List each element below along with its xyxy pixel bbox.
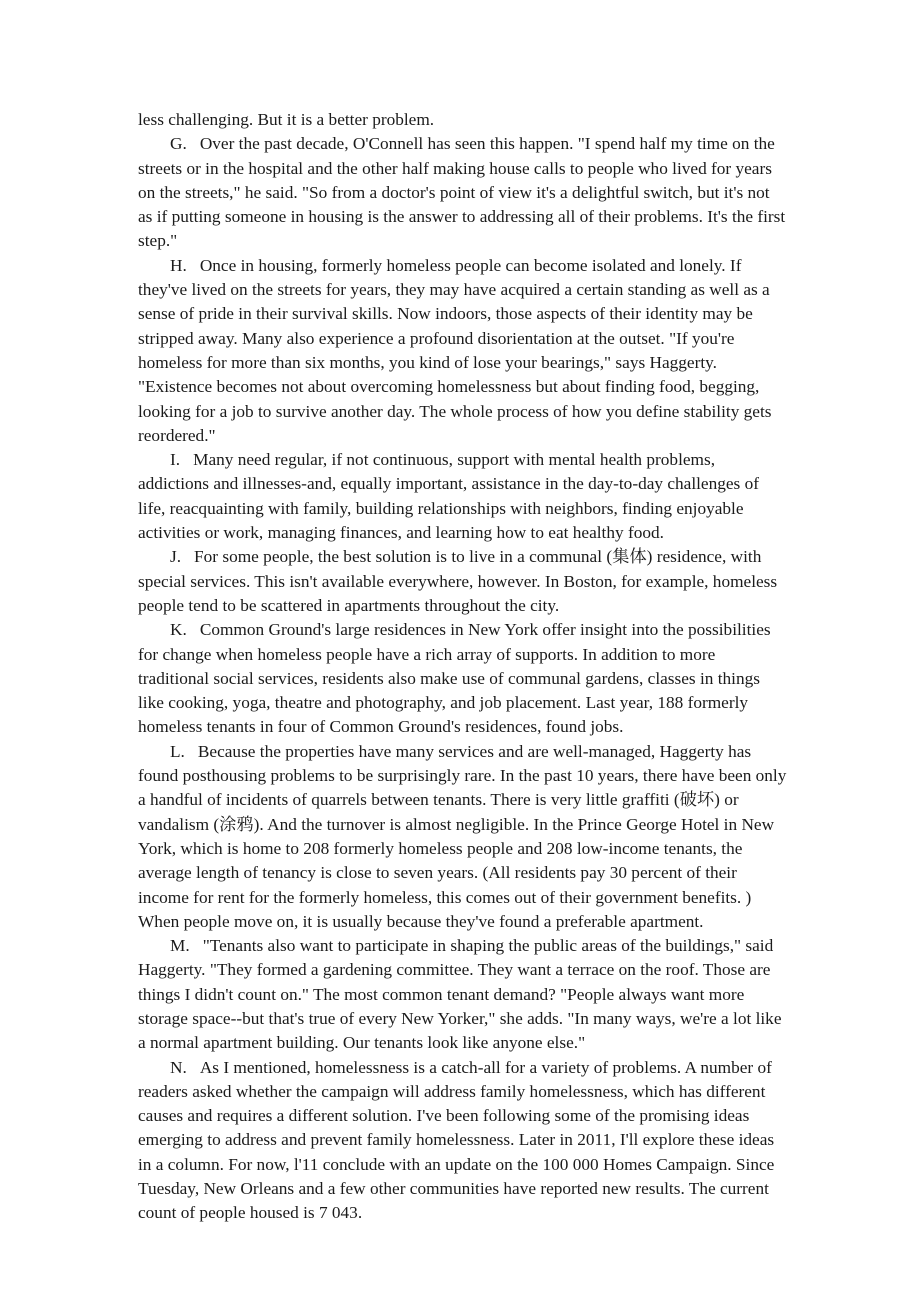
paragraph-label: H. [170, 256, 187, 275]
paragraph-label: J. [170, 547, 181, 566]
paragraph-n: N.As I mentioned, homelessness is a catc… [138, 1056, 788, 1226]
paragraph-label: L. [170, 742, 185, 761]
paragraph-g: G.Over the past decade, O'Connell has se… [138, 132, 788, 253]
paragraph-continuation: less challenging. But it is a better pro… [138, 108, 788, 132]
paragraph-text: Once in housing, formerly homeless peopl… [138, 256, 772, 445]
paragraph-text: Over the past decade, O'Connell has seen… [138, 134, 785, 250]
paragraph-k: K.Common Ground's large residences in Ne… [138, 618, 788, 739]
document-page: less challenging. But it is a better pro… [0, 0, 920, 1302]
paragraph-h: H.Once in housing, formerly homeless peo… [138, 254, 788, 448]
paragraph-label: K. [170, 620, 187, 639]
paragraph-label: M. [170, 936, 190, 955]
paragraph-i: I.Many need regular, if not continuous, … [138, 448, 788, 545]
paragraph-text: Common Ground's large residences in New … [138, 620, 771, 736]
paragraph-text: For some people, the best solution is to… [138, 547, 777, 615]
paragraph-m: M."Tenants also want to participate in s… [138, 934, 788, 1055]
paragraph-text: "Tenants also want to participate in sha… [138, 936, 782, 1052]
text-content: less challenging. But it is a better pro… [138, 108, 788, 1226]
paragraph-text: Because the properties have many service… [138, 742, 786, 931]
paragraph-label: N. [170, 1058, 187, 1077]
paragraph-j: J.For some people, the best solution is … [138, 545, 788, 618]
paragraph-label: I. [170, 450, 180, 469]
paragraph-l: L.Because the properties have many servi… [138, 740, 788, 934]
paragraph-label: G. [170, 134, 187, 153]
paragraph-text: Many need regular, if not continuous, su… [138, 450, 759, 542]
paragraph-text: less challenging. But it is a better pro… [138, 110, 434, 129]
paragraph-text: As I mentioned, homelessness is a catch-… [138, 1058, 774, 1223]
